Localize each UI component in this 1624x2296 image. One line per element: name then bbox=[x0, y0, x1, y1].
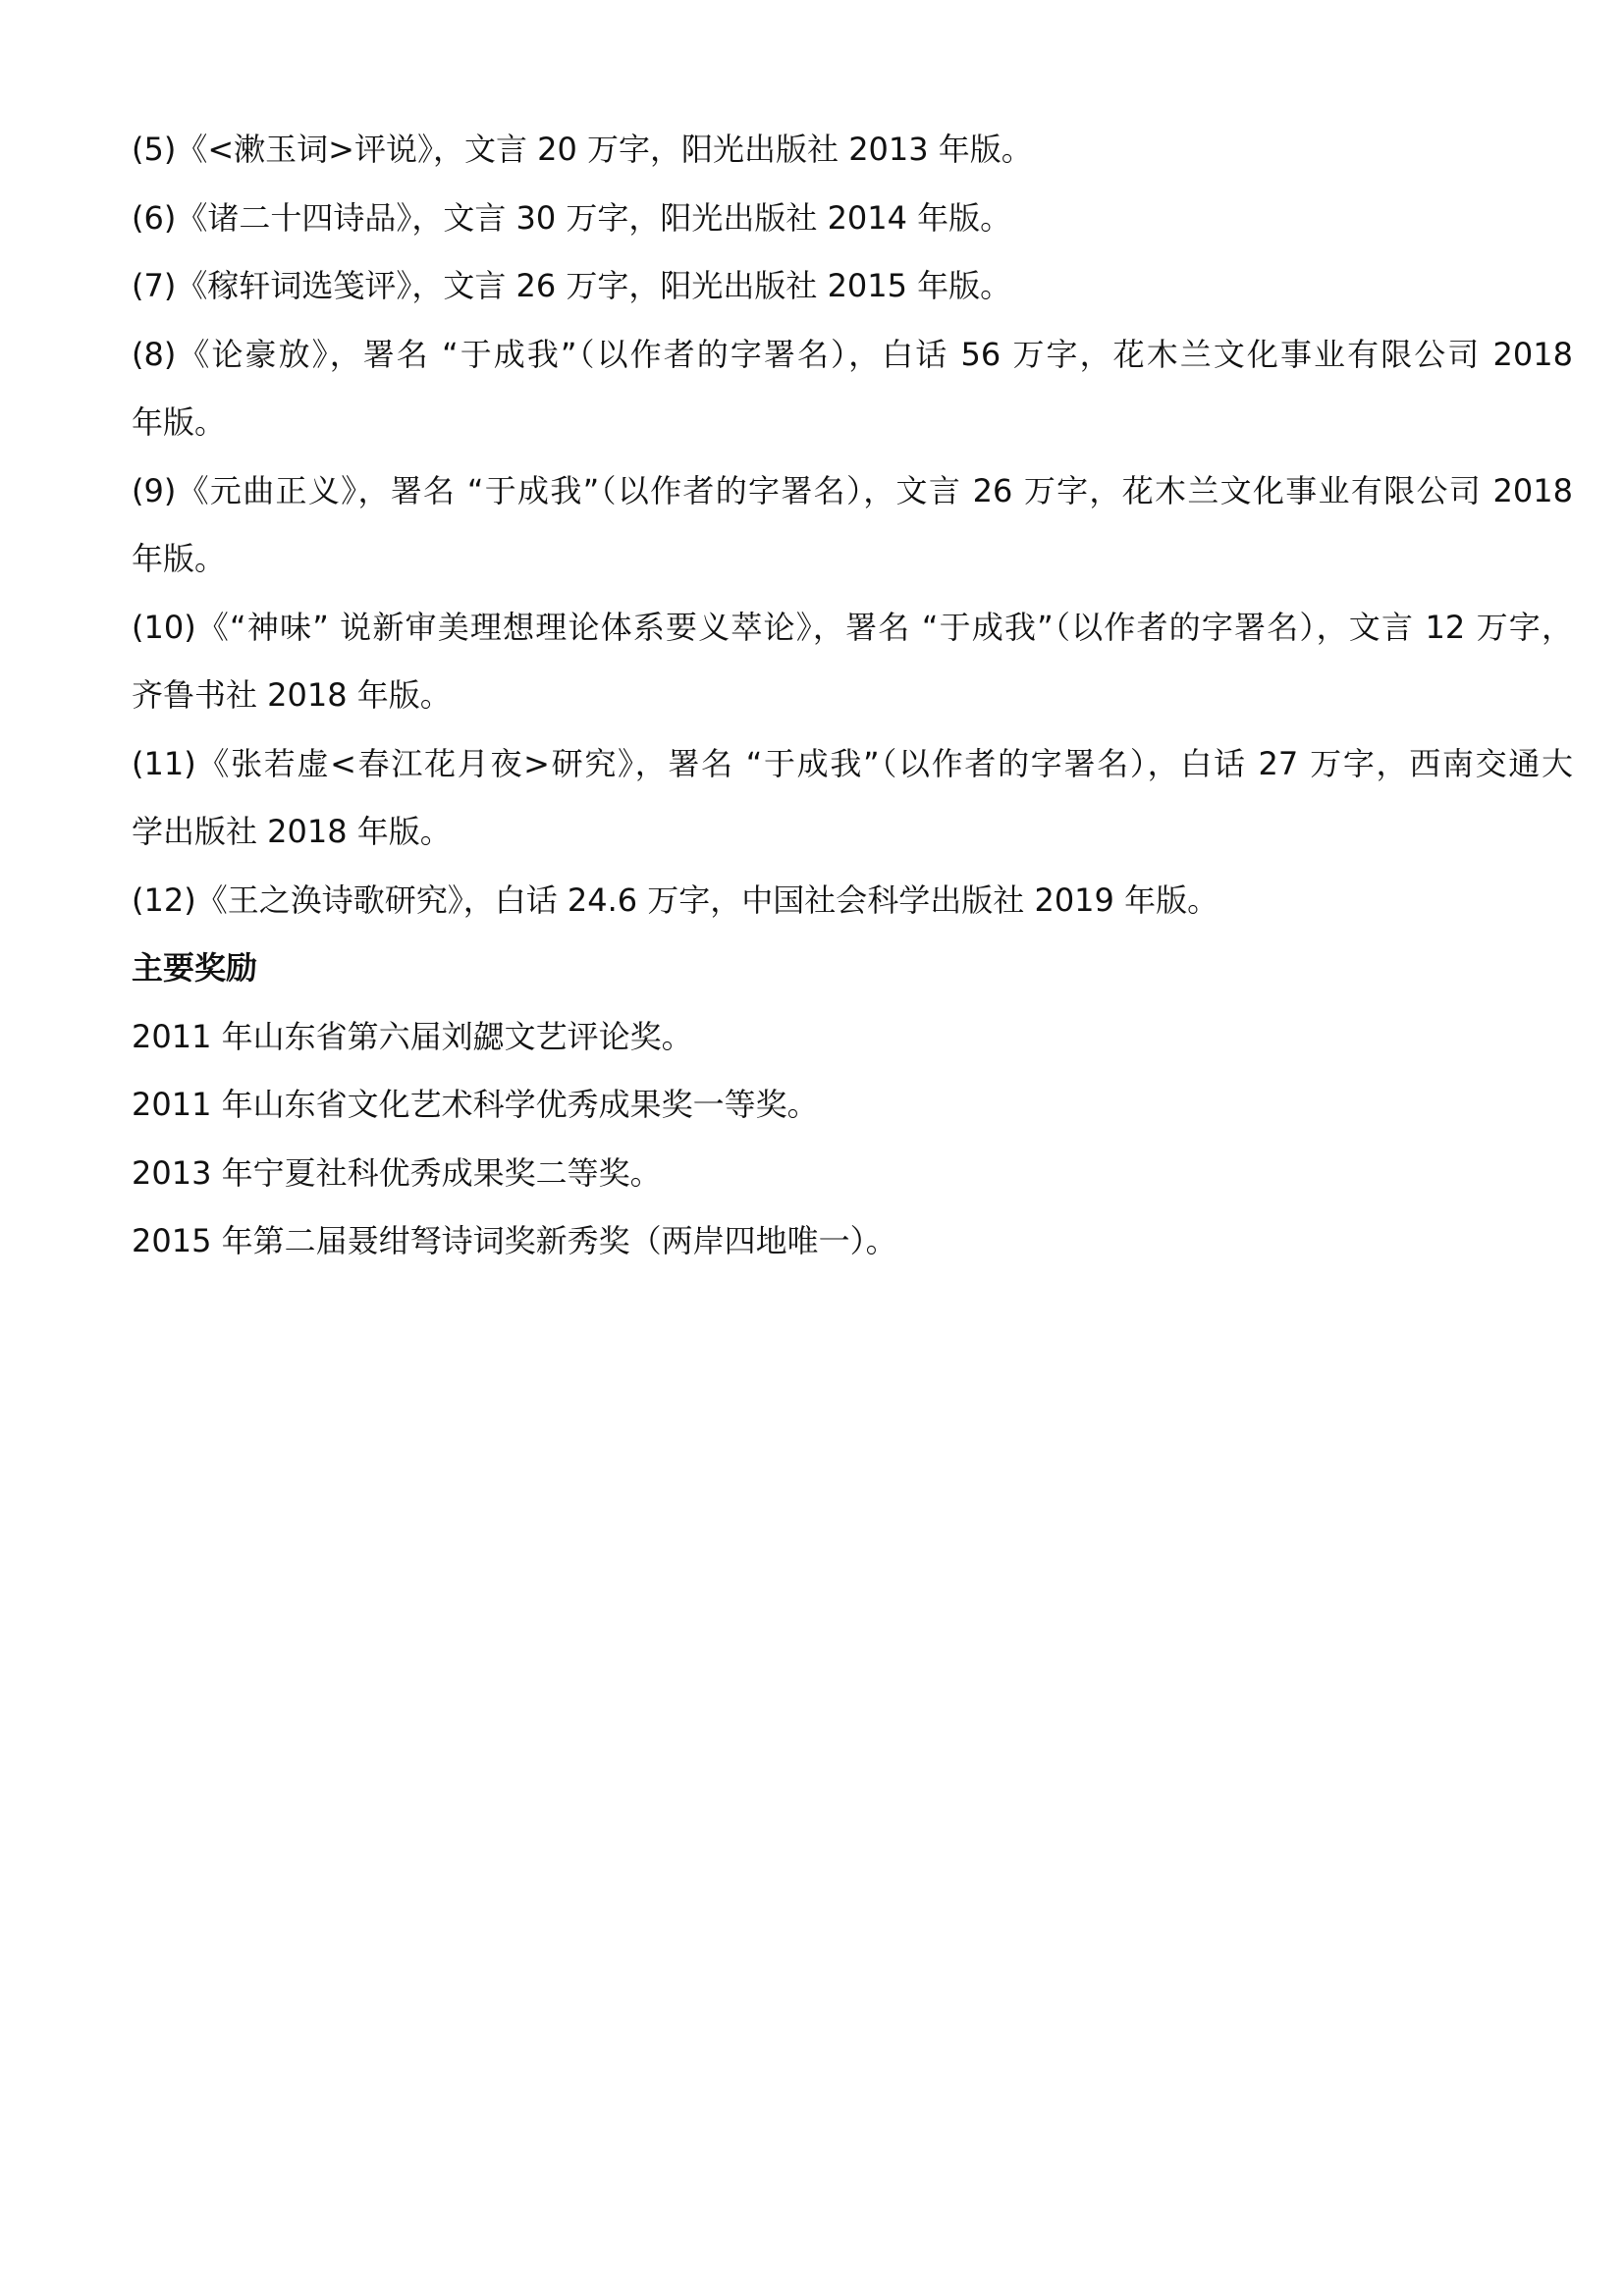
publication-item-10-line-1: (10)《“神味” 说新审美理想理论体系要义萃论》，署名 “于成我”（以作者的字… bbox=[132, 594, 1573, 663]
document-page: (5)《<漱玉词>评说》，文言 20 万字，阳光出版社 2013 年版。 (6)… bbox=[132, 116, 1573, 1276]
publication-item-12: (12)《王之涣诗歌研究》，白话 24.6 万字，中国社会科学出版社 2019 … bbox=[132, 867, 1573, 935]
publication-item-7: (7)《稼轩词选笺评》，文言 26 万字，阳光出版社 2015 年版。 bbox=[132, 252, 1573, 321]
award-item: 2013 年宁夏社科优秀成果奖二等奖。 bbox=[132, 1140, 1573, 1208]
award-item: 2011 年山东省第六届刘勰文艺评论奖。 bbox=[132, 1003, 1573, 1072]
award-item: 2011 年山东省文化艺术科学优秀成果奖一等奖。 bbox=[132, 1071, 1573, 1140]
publication-item-5: (5)《<漱玉词>评说》，文言 20 万字，阳光出版社 2013 年版。 bbox=[132, 116, 1573, 185]
publication-item-6: (6)《诸二十四诗品》，文言 30 万字，阳光出版社 2014 年版。 bbox=[132, 185, 1573, 253]
publication-item-11-line-1: (11)《张若虚<春江花月夜>研究》，署名 “于成我”（以作者的字署名），白话 … bbox=[132, 730, 1573, 799]
publication-item-8-line-2: 年版。 bbox=[132, 389, 1573, 457]
award-item: 2015 年第二届聂绀弩诗词奖新秀奖（两岸四地唯一）。 bbox=[132, 1207, 1573, 1276]
publication-item-9-line-1: (9)《元曲正义》，署名 “于成我”（以作者的字署名），文言 26 万字，花木兰… bbox=[132, 457, 1573, 526]
awards-heading: 主要奖励 bbox=[132, 934, 1573, 1003]
publication-item-8-line-1: (8)《论豪放》，署名 “于成我”（以作者的字署名），白话 56 万字，花木兰文… bbox=[132, 321, 1573, 390]
publication-item-9-line-2: 年版。 bbox=[132, 525, 1573, 594]
publication-item-11-line-2: 学出版社 2018 年版。 bbox=[132, 798, 1573, 867]
publication-item-10-line-2: 齐鲁书社 2018 年版。 bbox=[132, 662, 1573, 730]
